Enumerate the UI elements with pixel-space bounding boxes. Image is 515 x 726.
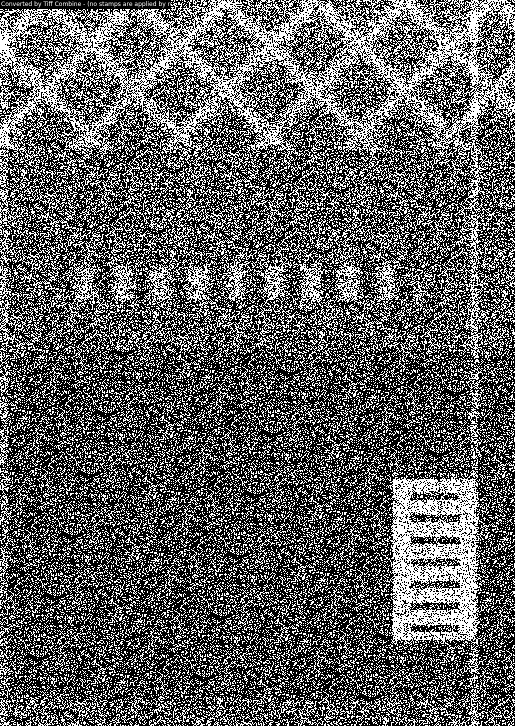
scanned-cover-image <box>0 0 515 726</box>
converter-watermark: Converted by Tiff Combine - (no stamps a… <box>0 0 171 9</box>
